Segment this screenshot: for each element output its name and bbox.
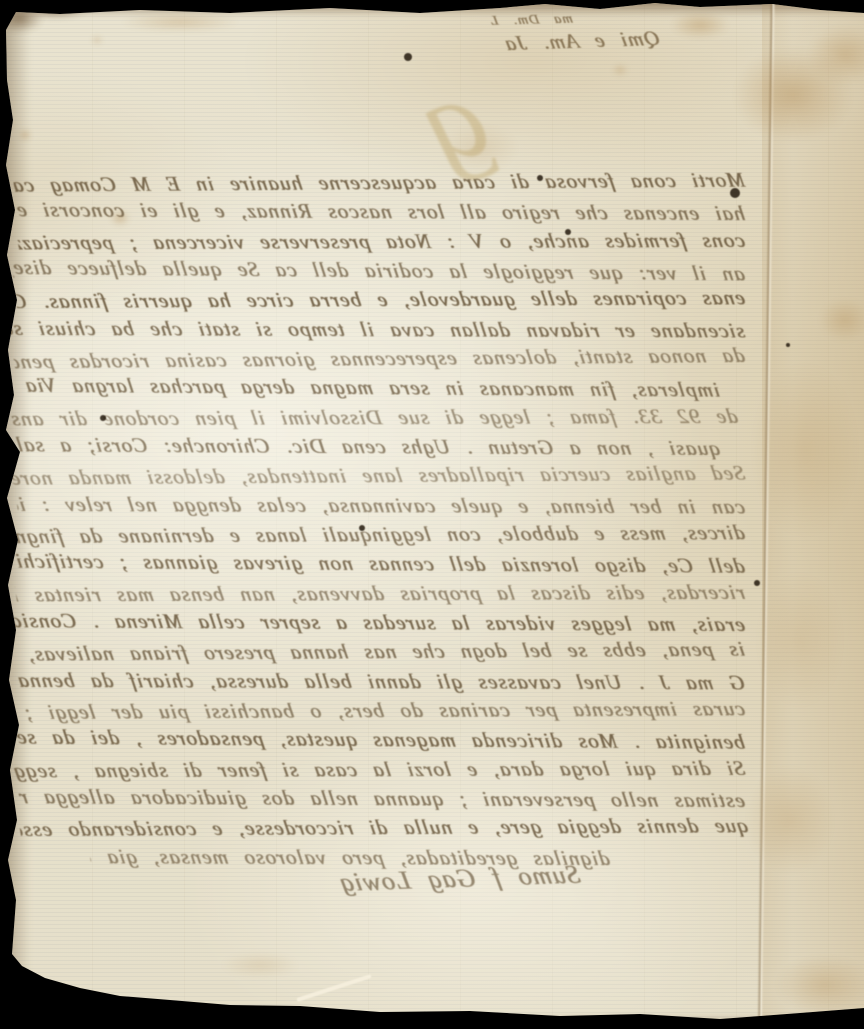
bleed-line: ricerdas, edis discas la proprias davven…	[14, 578, 748, 611]
bleed-line: enas copiranes delle guardevole, e berra…	[14, 283, 748, 317]
stain	[0, 3, 44, 33]
paper-fiber	[296, 974, 371, 1002]
stain	[670, 11, 730, 39]
stain	[220, 951, 300, 979]
ink-fleck	[786, 343, 790, 347]
bleed-line: is pena, ebbs se bel dogn che nas hanna …	[16, 634, 748, 669]
bleed-line: G ma J . Unel cavasses gli danni bella d…	[12, 666, 748, 699]
bleed-line: que dennis deggia gere, e nulla di ricco…	[18, 811, 751, 845]
ink-fleck	[730, 188, 740, 198]
worn-top-edge	[0, 0, 864, 17]
ink-fleck	[359, 525, 365, 531]
ink-fleck	[100, 415, 106, 421]
bleed-line: de 92 33. fama ; legge di sue Dissolvimi…	[10, 402, 741, 435]
stain	[612, 64, 628, 76]
bleed-line: impleras, fin mancanas in sera magna der…	[18, 371, 723, 406]
stain	[19, 130, 31, 140]
bleed-line: hai encenas che regiro all lors nascos R…	[8, 195, 748, 229]
bleed-line: Sed anglias cuercia ripalladres lane ina…	[9, 458, 748, 493]
ink-fleck	[565, 229, 571, 235]
ink-fleck	[537, 175, 543, 181]
ink-fleck	[404, 53, 412, 61]
manuscript-page: g ma Dm. L Qmi e Am. Ja Morti cona fervo…	[0, 0, 864, 1029]
docket-line-2: Qmi e Am. Ja	[323, 26, 663, 63]
bleed-line: dell Ce, disgo lorenzia dell cennas non …	[8, 546, 748, 581]
scanner-background: g ma Dm. L Qmi e Am. Ja Morti cona fervo…	[0, 0, 864, 1029]
fold-panel-tint	[762, 0, 864, 1029]
bleed-line: Si dira qui lorga dara, e lorzi la casa …	[11, 754, 748, 787]
bleed-line: can in ber bienna, e quele cavinnansa, c…	[15, 490, 748, 523]
bleed-line: benignita . Mos diricenda magenas questa…	[14, 722, 748, 757]
ink-fleck	[754, 580, 760, 586]
worn-bottom-edge	[0, 1014, 864, 1029]
stain	[92, 36, 102, 44]
stain	[21, 1, 89, 19]
stain	[120, 12, 240, 32]
